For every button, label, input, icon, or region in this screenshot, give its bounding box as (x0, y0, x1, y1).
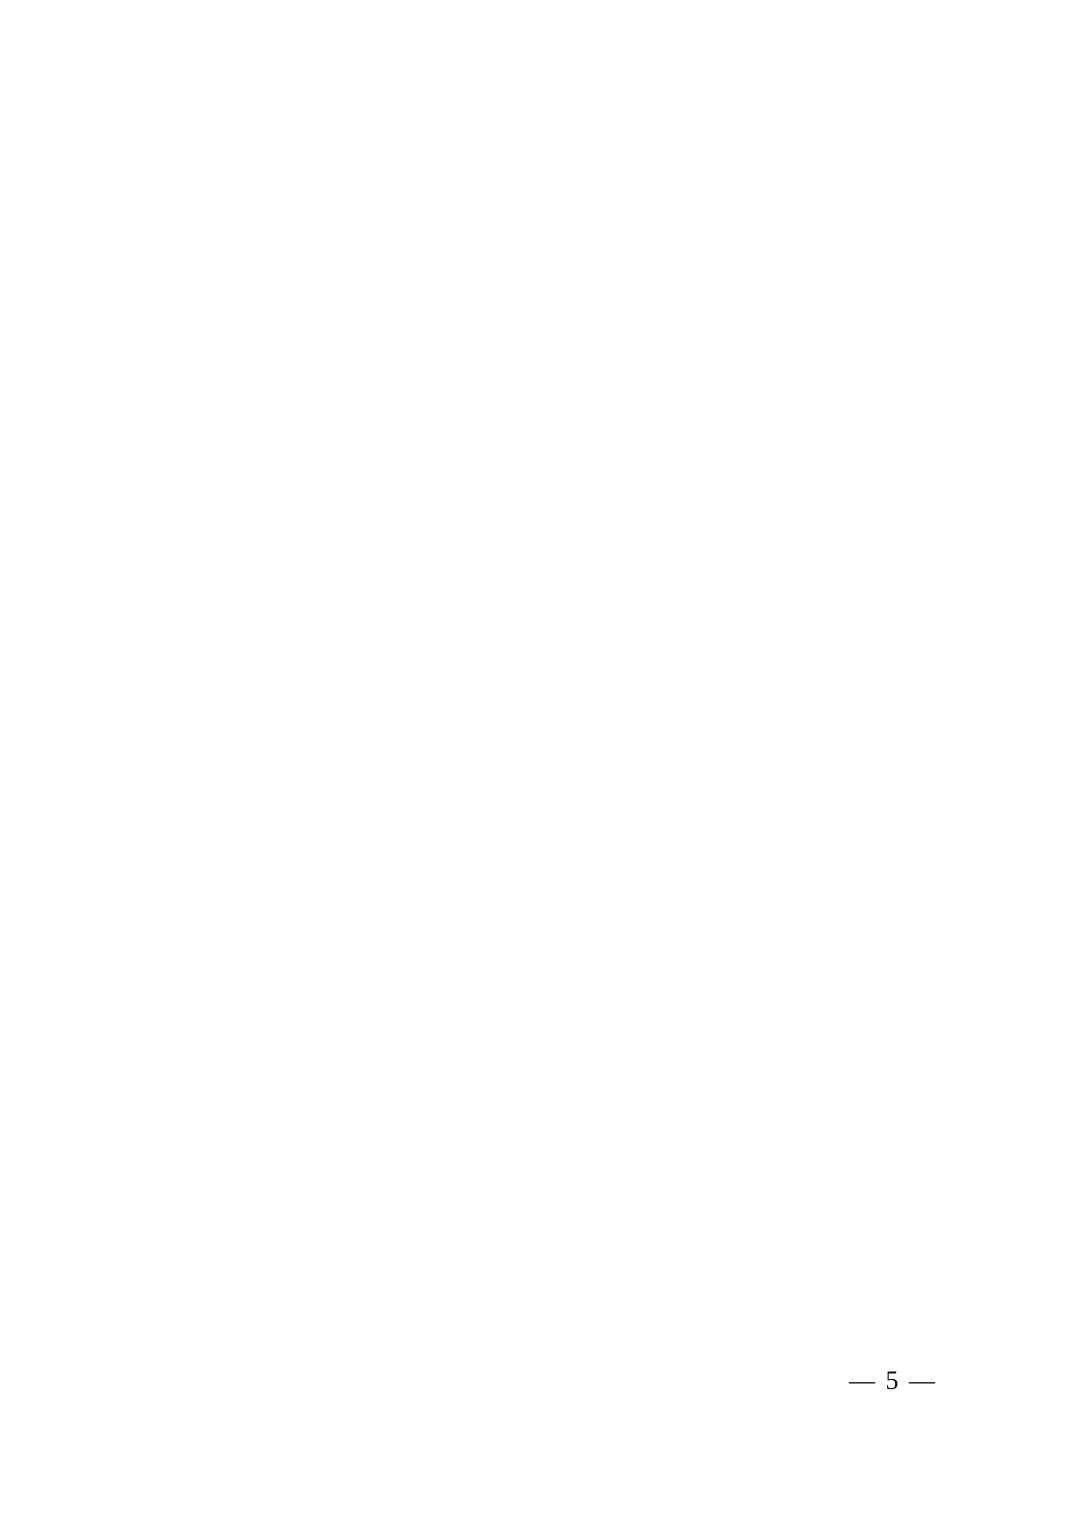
page-number: — 5 — (849, 1366, 937, 1396)
document-page: — 5 — (0, 0, 1074, 1520)
